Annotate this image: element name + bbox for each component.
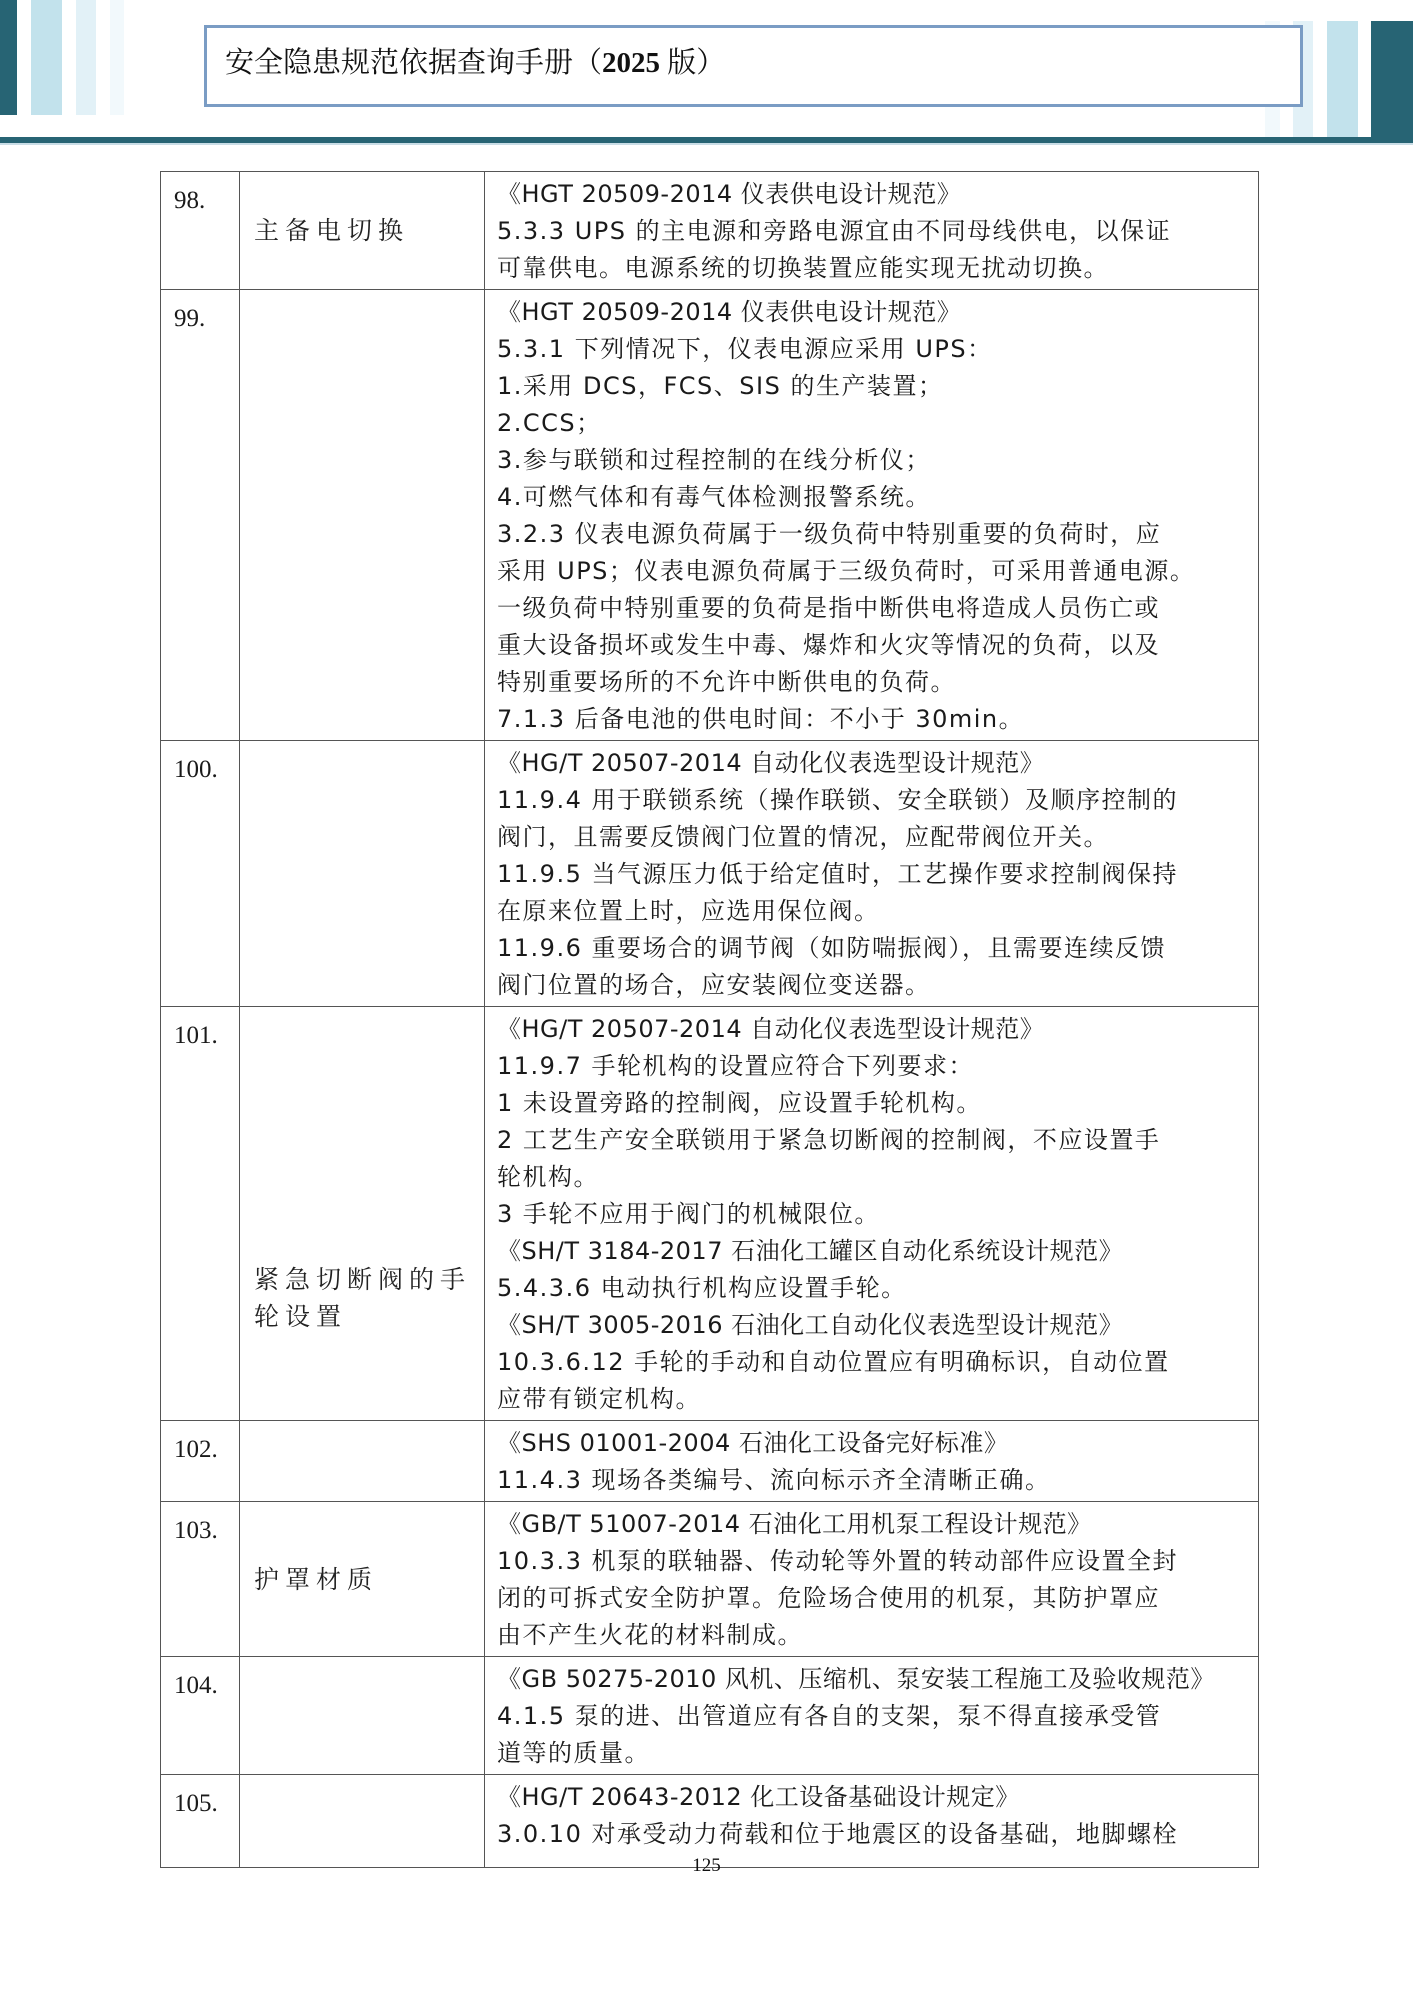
clause-text: 重大设备损坏或发生中毒、爆炸和火灾等情况的负荷，以及 [497,627,1252,664]
standard-title: 《HGT 20509-2014 仪表供电设计规范》 [497,294,1252,331]
regulation-content-cell: 《HGT 20509-2014 仪表供电设计规范》5.3.1 下列情况下，仪表电… [485,290,1259,741]
clause-text: 4.可燃气体和有毒气体检测报警系统。 [497,479,1252,516]
table-row: 100.《HG/T 20507-2014 自动化仪表选型设计规范》11.9.4 … [161,741,1259,1007]
clause-text: 11.4.3 现场各类编号、流向标示齐全清晰正确。 [497,1462,1252,1499]
hazard-label-cell: 紧急切断阀的手轮设置 [240,1007,485,1421]
hazard-label: 护罩材质 [240,1561,484,1598]
row-number: 101. [161,1007,239,1051]
standard-title: 《HG/T 20507-2014 自动化仪表选型设计规范》 [497,1011,1252,1048]
table-row: 103.护罩材质《GB/T 51007-2014 石油化工用机泵工程设计规范》1… [161,1502,1259,1657]
header-bar-dark-right [1371,21,1413,141]
row-number-cell: 100. [161,741,240,1007]
row-number-cell: 104. [161,1657,240,1775]
standard-title: 《GB/T 51007-2014 石油化工用机泵工程设计规范》 [497,1506,1252,1543]
header-bar-dark-left [0,0,17,115]
clause-text: 3.参与联锁和过程控制的在线分析仪； [497,442,1252,479]
clause-text: 3.0.10 对承受动力荷载和位于地震区的设备基础，地脚螺栓 [497,1816,1252,1853]
regulation-table: 98.主备电切换《HGT 20509-2014 仪表供电设计规范》5.3.3 U… [160,171,1259,1868]
row-number: 99. [161,290,239,334]
regulation-content: 《SHS 01001-2004 石油化工设备完好标准》11.4.3 现场各类编号… [485,1421,1258,1501]
clause-text: 在原来位置上时，应选用保位阀。 [497,893,1252,930]
row-number: 103. [161,1502,239,1546]
regulation-content-cell: 《GB 50275-2010 风机、压缩机、泵安装工程施工及验收规范》4.1.5… [485,1657,1259,1775]
standard-title: 《HGT 20509-2014 仪表供电设计规范》 [497,176,1252,213]
row-number: 104. [161,1657,239,1701]
row-number-cell: 101. [161,1007,240,1421]
clause-text: 1 未设置旁路的控制阀，应设置手轮机构。 [497,1085,1252,1122]
clause-text: 11.9.4 用于联锁系统（操作联锁、安全联锁）及顺序控制的 [497,782,1252,819]
table-row: 102.《SHS 01001-2004 石油化工设备完好标准》11.4.3 现场… [161,1421,1259,1502]
table-row: 98.主备电切换《HGT 20509-2014 仪表供电设计规范》5.3.3 U… [161,172,1259,290]
hazard-label-cell [240,1657,485,1775]
clause-text: 轮机构。 [497,1159,1252,1196]
hazard-label-cell: 主备电切换 [240,172,485,290]
clause-text: 阀门位置的场合，应安装阀位变送器。 [497,967,1252,1004]
regulation-content-cell: 《HG/T 20507-2014 自动化仪表选型设计规范》11.9.4 用于联锁… [485,741,1259,1007]
page-number: 125 [0,1855,1413,1877]
clause-text: 特别重要场所的不允许中断供电的负荷。 [497,664,1252,701]
hazard-label: 紧急切断阀的手轮设置 [240,1093,484,1335]
standard-title: 《HG/T 20507-2014 自动化仪表选型设计规范》 [497,745,1252,782]
standard-title: 《SH/T 3184-2017 石油化工罐区自动化系统设计规范》 [497,1233,1252,1270]
standard-title: 《SHS 01001-2004 石油化工设备完好标准》 [497,1425,1252,1462]
hazard-label-cell [240,741,485,1007]
hazard-label: 主备电切换 [240,212,484,249]
header-bar-light-left [31,0,62,115]
hazard-label-cell [240,1421,485,1502]
clause-text: 5.3.1 下列情况下，仪表电源应采用 UPS： [497,331,1252,368]
header-bar-lighter-left [76,0,96,115]
row-number-cell: 102. [161,1421,240,1502]
regulation-content: 《HG/T 20507-2014 自动化仪表选型设计规范》11.9.4 用于联锁… [485,741,1258,1006]
clause-text: 闭的可拆式安全防护罩。危险场合使用的机泵，其防护罩应 [497,1580,1252,1617]
clause-text: 由不产生火花的材料制成。 [497,1617,1252,1654]
title-main: 安全隐患规范依据查询手册（ [225,47,602,79]
clause-text: 3 手轮不应用于阀门的机械限位。 [497,1196,1252,1233]
row-number-cell: 103. [161,1502,240,1657]
row-number: 102. [161,1421,239,1465]
regulation-content-cell: 《HG/T 20643-2012 化工设备基础设计规定》3.0.10 对承受动力… [485,1775,1259,1868]
regulation-content: 《HGT 20509-2014 仪表供电设计规范》5.3.3 UPS 的主电源和… [485,172,1258,289]
regulation-content-cell: 《GB/T 51007-2014 石油化工用机泵工程设计规范》10.3.3 机泵… [485,1502,1259,1657]
row-number-cell: 98. [161,172,240,290]
regulation-content: 《HGT 20509-2014 仪表供电设计规范》5.3.1 下列情况下，仪表电… [485,290,1258,740]
clause-text: 1.采用 DCS，FCS、SIS 的生产装置； [497,368,1252,405]
table-row: 101.紧急切断阀的手轮设置《HG/T 20507-2014 自动化仪表选型设计… [161,1007,1259,1421]
page-title: 安全隐患规范依据查询手册（2025 版） [225,40,725,81]
clause-text: 10.3.6.12 手轮的手动和自动位置应有明确标识，自动位置 [497,1344,1252,1381]
row-number: 105. [161,1775,239,1819]
regulation-content-cell: 《HGT 20509-2014 仪表供电设计规范》5.3.3 UPS 的主电源和… [485,172,1259,290]
hazard-label-cell [240,1775,485,1868]
header-bar-faint-left [110,0,124,115]
row-number-cell: 99. [161,290,240,741]
clause-text: 2.CCS； [497,405,1252,442]
row-number-cell: 105. [161,1775,240,1868]
standard-title: 《HG/T 20643-2012 化工设备基础设计规定》 [497,1779,1252,1816]
regulation-content-cell: 《SHS 01001-2004 石油化工设备完好标准》11.4.3 现场各类编号… [485,1421,1259,1502]
row-number: 98. [161,172,239,216]
clause-text: 11.9.7 手轮机构的设置应符合下列要求： [497,1048,1252,1085]
clause-text: 5.3.3 UPS 的主电源和旁路电源宜由不同母线供电，以保证 [497,213,1252,250]
clause-text: 10.3.3 机泵的联轴器、传动轮等外置的转动部件应设置全封 [497,1543,1252,1580]
title-year: 2025 [602,47,660,79]
clause-text: 7.1.3 后备电池的供电时间：不小于 30min。 [497,701,1252,738]
standard-title: 《SH/T 3005-2016 石油化工自动化仪表选型设计规范》 [497,1307,1252,1344]
hazard-label-cell [240,290,485,741]
clause-text: 可靠供电。电源系统的切换装置应能实现无扰动切换。 [497,250,1252,287]
standard-title: 《GB 50275-2010 风机、压缩机、泵安装工程施工及验收规范》 [497,1661,1252,1698]
regulation-content: 《GB 50275-2010 风机、压缩机、泵安装工程施工及验收规范》4.1.5… [485,1657,1258,1774]
header-title-box: 安全隐患规范依据查询手册（2025 版） [204,25,1303,107]
clause-text: 应带有锁定机构。 [497,1381,1252,1418]
regulation-content: 《HG/T 20643-2012 化工设备基础设计规定》3.0.10 对承受动力… [485,1775,1258,1855]
regulation-content-cell: 《HG/T 20507-2014 自动化仪表选型设计规范》11.9.7 手轮机构… [485,1007,1259,1421]
clause-text: 2 工艺生产安全联锁用于紧急切断阀的控制阀，不应设置手 [497,1122,1252,1159]
clause-text: 11.9.5 当气源压力低于给定值时，工艺操作要求控制阀保持 [497,856,1252,893]
clause-text: 阀门，且需要反馈阀门位置的情况，应配带阀位开关。 [497,819,1252,856]
header-rule-shadow [0,143,1413,145]
clause-text: 3.2.3 仪表电源负荷属于一级负荷中特别重要的负荷时，应 [497,516,1252,553]
table-row: 105.《HG/T 20643-2012 化工设备基础设计规定》3.0.10 对… [161,1775,1259,1868]
clause-text: 采用 UPS；仪表电源负荷属于三级负荷时，可采用普通电源。 [497,553,1252,590]
hazard-label-cell: 护罩材质 [240,1502,485,1657]
regulation-content: 《HG/T 20507-2014 自动化仪表选型设计规范》11.9.7 手轮机构… [485,1007,1258,1420]
row-number: 100. [161,741,239,785]
clause-text: 道等的质量。 [497,1735,1252,1772]
title-suffix: 版） [660,47,725,79]
clause-text: 一级负荷中特别重要的负荷是指中断供电将造成人员伤亡或 [497,590,1252,627]
clause-text: 5.4.3.6 电动执行机构应设置手轮。 [497,1270,1252,1307]
table-row: 99.《HGT 20509-2014 仪表供电设计规范》5.3.1 下列情况下，… [161,290,1259,741]
regulation-content: 《GB/T 51007-2014 石油化工用机泵工程设计规范》10.3.3 机泵… [485,1502,1258,1656]
clause-text: 4.1.5 泵的进、出管道应有各自的支架，泵不得直接承受管 [497,1698,1252,1735]
table-row: 104.《GB 50275-2010 风机、压缩机、泵安装工程施工及验收规范》4… [161,1657,1259,1775]
clause-text: 11.9.6 重要场合的调节阀（如防喘振阀），且需要连续反馈 [497,930,1252,967]
header-bar-light-right [1327,21,1358,137]
